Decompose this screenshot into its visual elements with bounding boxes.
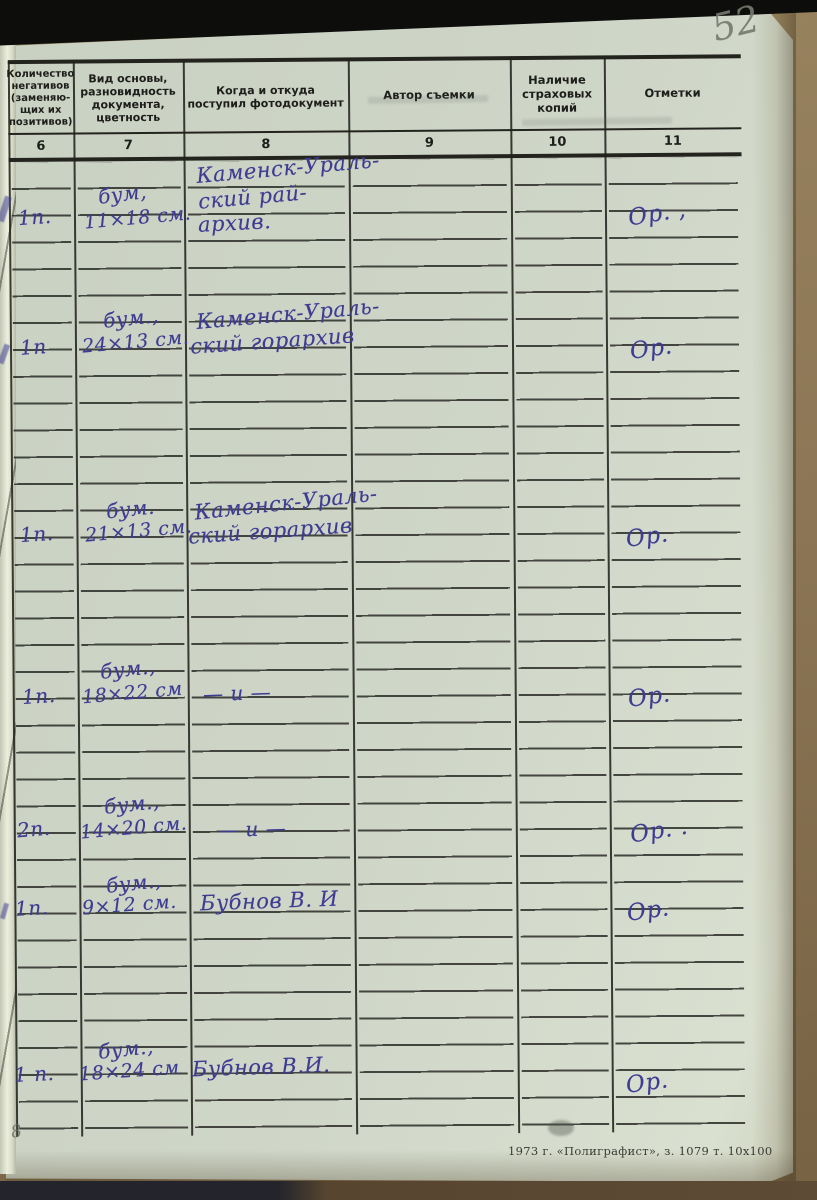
entry-1-base: бум, [97,179,148,209]
entry-6-author: Бубнов В. И [200,887,339,916]
entry-7-negatives-count: 1 п. [13,1061,55,1087]
entry-6-negatives-count: 1п. [14,895,49,921]
entry-5-ditto-mark: — и — [218,816,287,842]
entry-5-size: 14×20 см. [79,812,188,843]
printer-imprint: 1973 г. «Полиграфист», з. 1079 т. 10х100 [508,1144,773,1158]
entry-2-base: бум., [102,303,160,333]
entry-7-marks: Ор. [624,1067,670,1099]
entry-5-negatives-count: 2п. [16,816,51,843]
handwritten-entries: Каменск-Ураль- бум, ский рай- 1п. 11×18 … [0,0,817,1200]
stamp-smudge [548,1120,574,1136]
entry-1-marks: Ор. , [626,197,687,232]
entry-6-size: 9×12 см. [81,891,177,920]
scan-bottom-dark-strip [0,1181,817,1200]
entry-7-size: 18×24 см [78,1057,180,1086]
entry-3-size: 21×13 см. [84,515,193,546]
entry-3-marks: Ор. [624,521,670,553]
entry-7-author: Бубнов В.И. [192,1053,331,1082]
entry-2-size: 24×13 см. [81,326,190,357]
entry-2-marks: Ор. [628,333,674,365]
entry-4-marks: Ор. [626,681,672,713]
entry-4-size: 18×22 см [81,678,183,709]
entry-3-negatives-count: 1п. [19,521,54,547]
entry-4-base: бум., [99,654,157,684]
entry-6-marks: Ор. [625,895,671,927]
entry-4-ditto-mark: — и — [203,680,272,706]
entry-5-marks: Ор. . [628,814,689,849]
scanned-register-page: Количество негативов (заменяю- щих их по… [0,0,817,1200]
entry-2-negatives-count: 1п [19,334,47,360]
entry-4-negatives-count: 1п. [21,683,56,709]
entry-1-source-line-3: архив. [197,209,271,237]
entry-1-negatives-count: 1п. [17,204,52,230]
